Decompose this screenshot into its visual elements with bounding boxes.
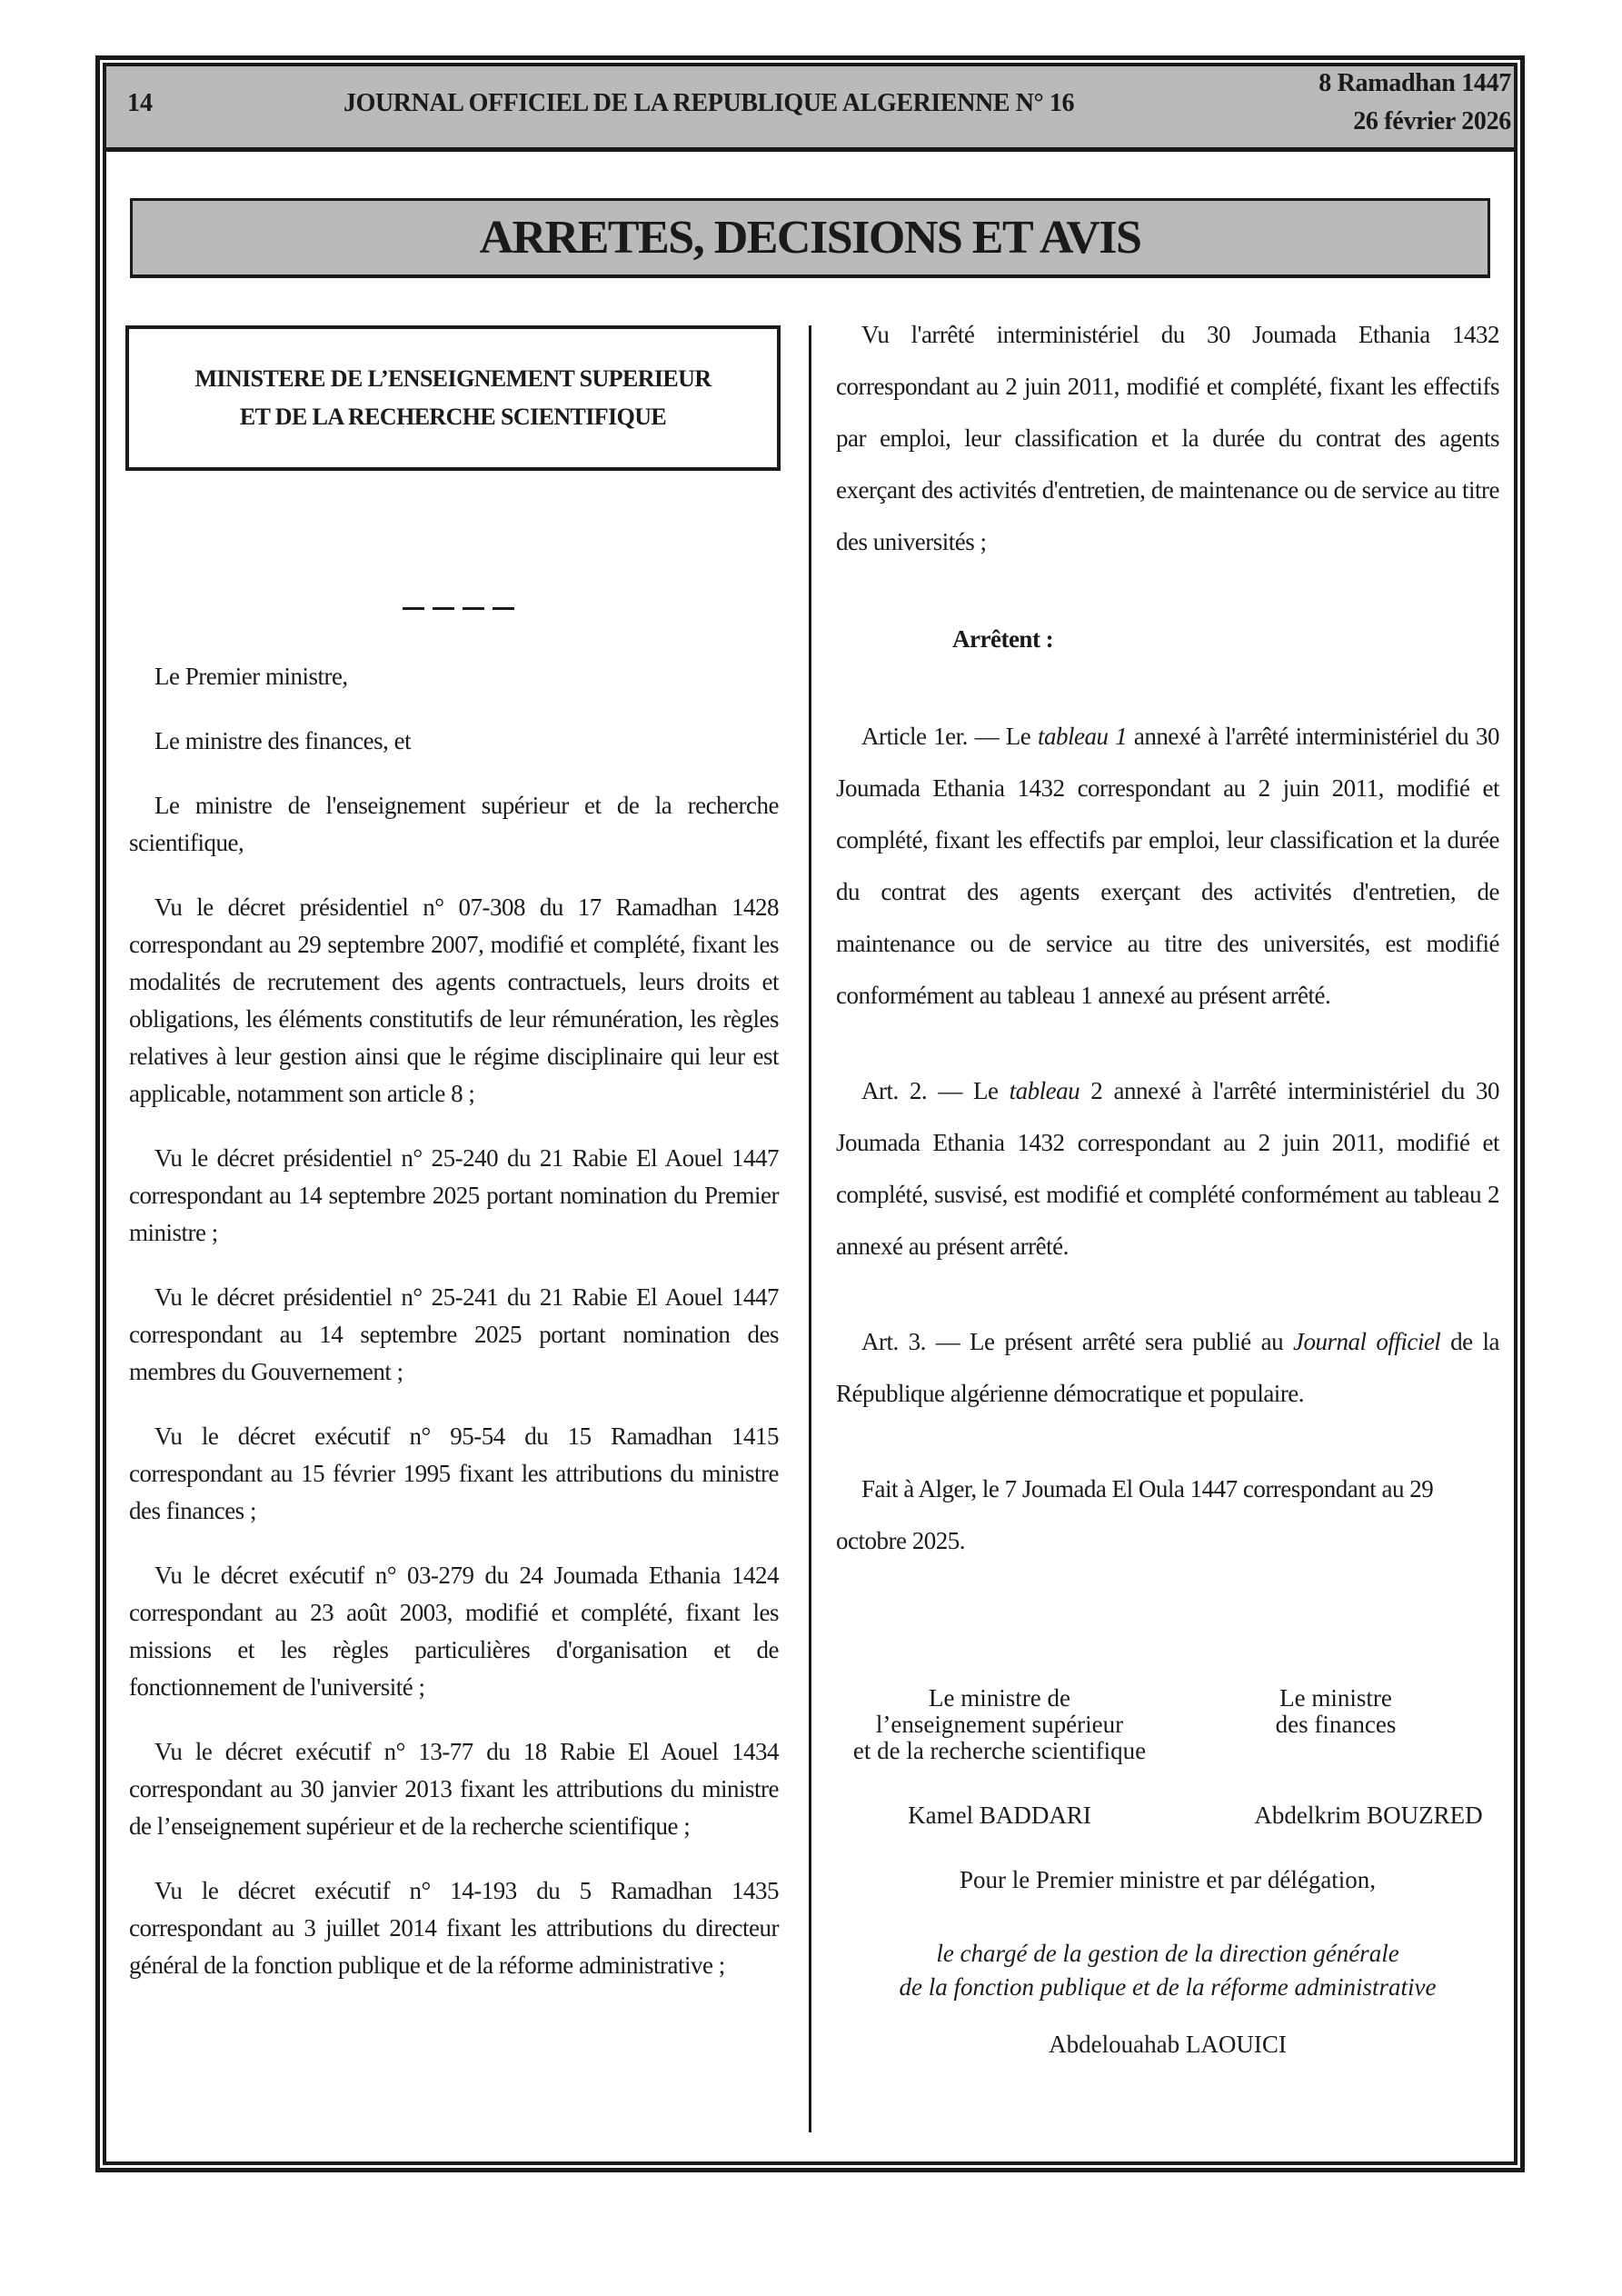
visa-decret-25-241: Vu le décret présidentiel n° 25-241 du 2… (129, 1279, 779, 1391)
signatory-enseignement-title: Le ministre de l’enseignement supérieur … (836, 1685, 1163, 1764)
article-3: Art. 3. — Le présent arrêté sera publié … (836, 1316, 1499, 1420)
page-number: 14 (127, 89, 153, 118)
visa-decret-95-54: Vu le décret exécutif n° 95-54 du 15 Ram… (129, 1418, 779, 1530)
visa-arrete-interministeriel: Vu l'arrêté interministériel du 30 Jouma… (836, 309, 1499, 568)
section-separator-dashes (403, 607, 514, 610)
visa-decret-14-193: Vu le décret exécutif n° 14-193 du 5 Ram… (129, 1872, 779, 1984)
visa-decret-03-279: Vu le décret exécutif n° 03-279 du 24 Jo… (129, 1557, 779, 1706)
article-1: Article 1er. — Le tableau 1 annexé à l'a… (836, 711, 1499, 1022)
ministry-box: MINISTERE DE L’ENSEIGNEMENT SUPERIEUR ET… (125, 325, 781, 471)
column-divider (809, 325, 811, 2132)
signatory-finances-title: Le ministre des finances (1199, 1685, 1472, 1764)
visa-decret-25-240: Vu le décret présidentiel n° 25-240 du 2… (129, 1140, 779, 1252)
article-2: Art. 2. — Le tableau 2 annexé à l'arrêté… (836, 1065, 1499, 1273)
delegation-line: Pour le Premier ministre et par délégati… (836, 1867, 1499, 1893)
delegate-title: le chargé de la gestion de la direction … (836, 1937, 1499, 2004)
section-title-box: ARRETES, DECISIONS ET AVIS (130, 198, 1490, 278)
delegate-name: Abdelouahab LAOUICI (836, 2031, 1499, 2058)
ministry-line-1: MINISTERE DE L’ENSEIGNEMENT SUPERIEUR (194, 360, 711, 398)
section-title: ARRETES, DECISIONS ET AVIS (480, 211, 1141, 265)
preamble-ministre-finances: Le ministre des finances, et (129, 723, 779, 760)
left-column: Le Premier ministre, Le ministre des fin… (129, 658, 779, 1984)
date-hijri: 8 Ramadhan 1447 (1318, 69, 1511, 98)
preamble-ministre-enseignement: Le ministre de l'enseignement supérieur … (129, 787, 779, 862)
signatories-block: Le ministre de l’enseignement supérieur … (836, 1685, 1499, 2058)
journal-title: JOURNAL OFFICIEL DE LA REPUBLIQUE ALGERI… (343, 89, 1074, 118)
signatory-name-baddari: Kamel BADDARI (836, 1802, 1163, 1829)
arretent-heading: Arrêtent : (836, 614, 1499, 665)
signatory-name-bouzred: Abdelkrim BOUZRED (1232, 1802, 1505, 1829)
right-column: Vu l'arrêté interministériel du 30 Jouma… (836, 309, 1499, 1567)
visa-decret-07-308: Vu le décret présidentiel n° 07-308 du 1… (129, 889, 779, 1113)
ministry-line-2: ET DE LA RECHERCHE SCIENTIFIQUE (240, 398, 666, 436)
visa-decret-13-77: Vu le décret exécutif n° 13-77 du 18 Rab… (129, 1733, 779, 1845)
date-gregorian: 26 février 2026 (1353, 107, 1511, 136)
preamble-premier-ministre: Le Premier ministre, (129, 658, 779, 695)
fait-a-alger: Fait à Alger, le 7 Joumada El Oula 1447 … (836, 1463, 1499, 1567)
